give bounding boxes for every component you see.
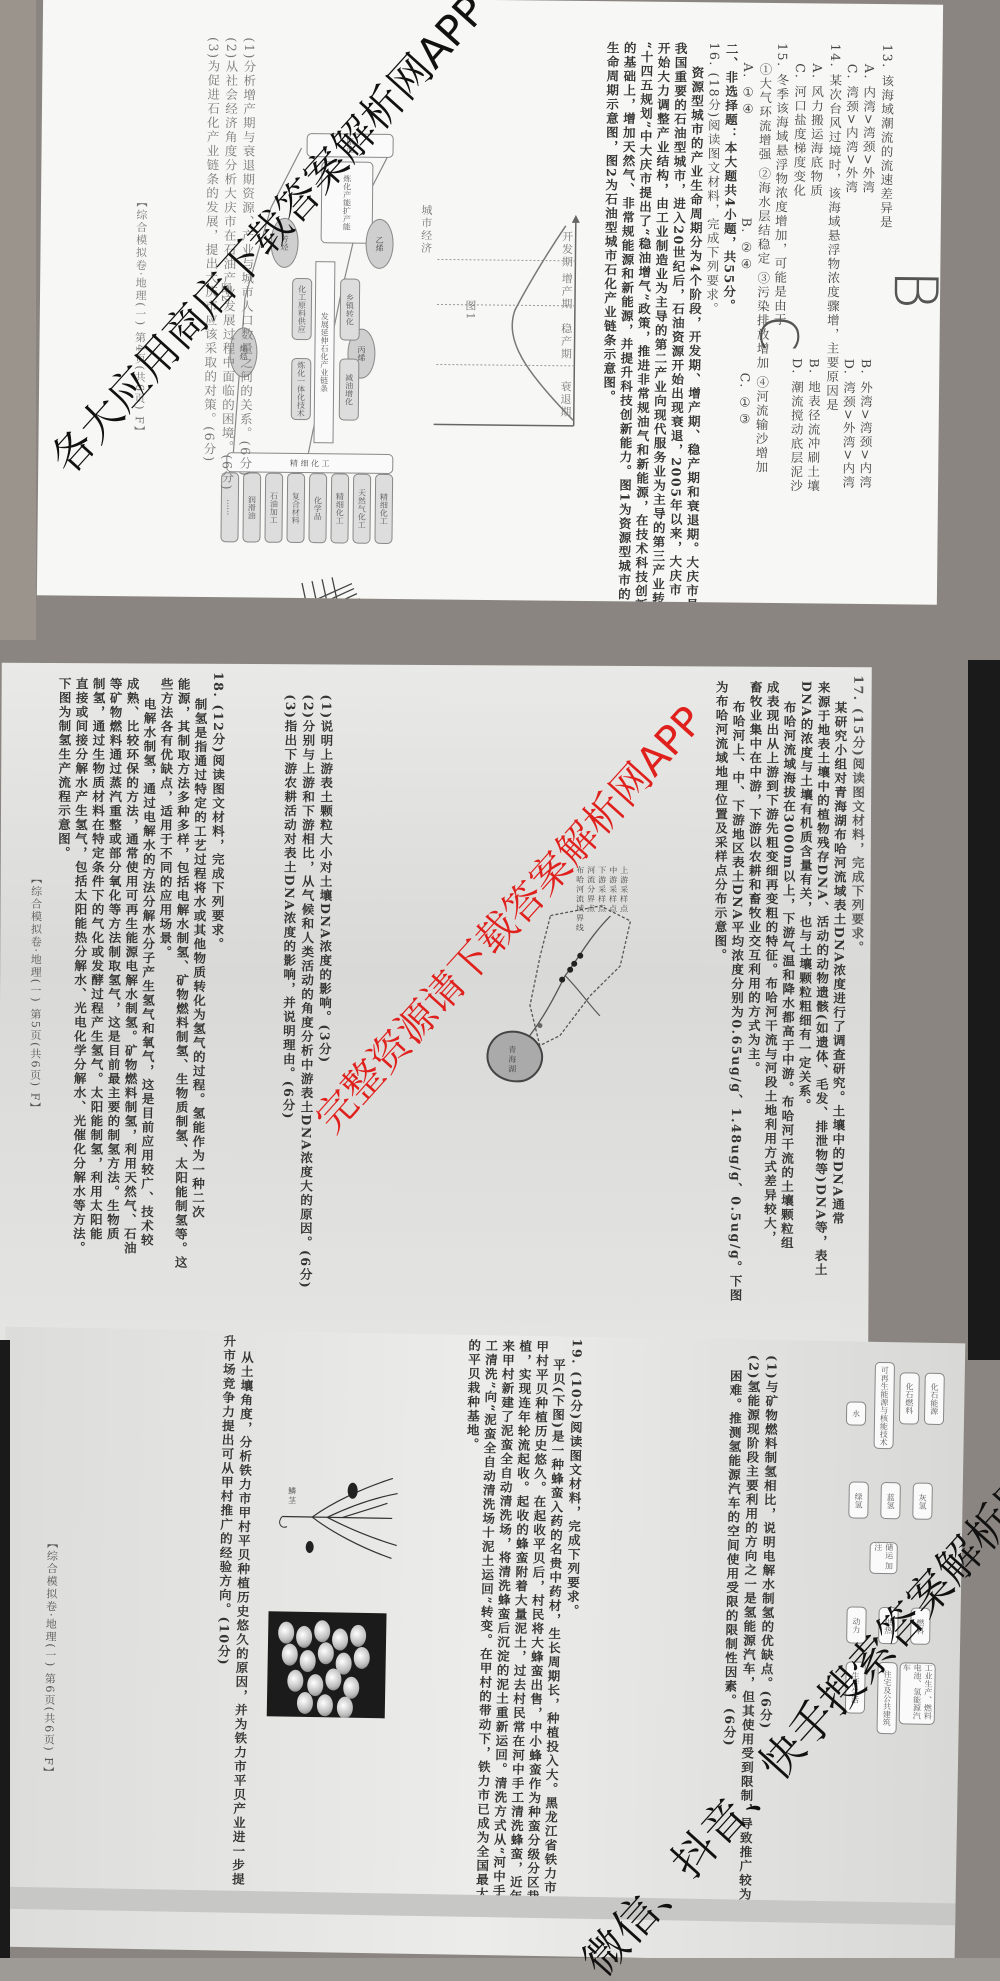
page6-footer: 【综合模拟卷·地理(一) 第6页(共6页) F】	[43, 1537, 58, 1779]
q16-stem: 16. (18分)阅读图文材料，完成下列要求。	[705, 42, 720, 316]
flow-gas-green: 绿氢	[848, 1481, 869, 1518]
legend-downstream: 下游采样点	[597, 866, 605, 933]
q17-para-7: 为布哈河流域地理位置及采样点分布示意图。	[713, 680, 727, 962]
fig1-stage-0: 开发期	[561, 231, 572, 269]
q15-option-c: C. ①③	[738, 373, 751, 428]
q18-para-6: 制氢，通过生物质材料在特定条件下的气化或发酵过程产生氢气。太阳能制氢，利用太阳能	[89, 677, 104, 1241]
legend-upstream: 上游采样点	[619, 866, 627, 933]
q18-sub-2-cont: 困难。推测氢能源汽车的空间使用受限的限制性因素。(6分)	[722, 1369, 741, 1747]
fig2-product-2: 精细化工	[330, 473, 349, 543]
q18-para-8: 下图为制氢生产流程示意图。	[57, 677, 70, 860]
fig2-product-0: 精细化工	[374, 474, 393, 544]
legend-boundary-point: 河流分界点	[586, 866, 594, 933]
fig2-side-box-3: 炼化一体化技术	[291, 358, 312, 420]
q14-option-d: D. 潮流搅动底层泥沙	[789, 358, 803, 493]
q15-option-a: A. ①④	[741, 63, 754, 118]
flow-left-box-1: 化石燃料	[899, 1372, 920, 1424]
q14-stem: 14. 某次台风过境时，该海域悬浮物浓度骤增，主要原因是	[825, 44, 841, 413]
q13-option-d: D. 湾颈>外湾>内湾	[841, 359, 855, 490]
fig1-stage-1: 增产期	[561, 273, 572, 311]
q17-sub-3: (3)指出下游农耕活动对表土DNA浓度的影响，并说明理由。(6分)	[281, 694, 296, 1120]
q17-para-1: 来源于地表土壤中的植物残存DNA、活动的动物遗骸(如遗体、毛发、排泄物等)DNA…	[814, 681, 830, 1277]
pencil-scribble	[282, 573, 363, 605]
q14-option-b: B. 地表径流冲刷土壤	[806, 358, 820, 493]
pingbei-bulbs-photo	[267, 1611, 387, 1718]
q17-stem: 17. (15分)阅读图文材料，完成下列要求。	[850, 675, 864, 955]
flow-end-0: 工业生产、燃料电池、氢能源汽车	[899, 1662, 936, 1725]
q17-para-2: DNA的浓度与土壤有机质含量有关，也与土壤颗粒粗细有一定关系。	[797, 681, 812, 1113]
q17-sub-1: (1)说明上游表土颗粒大小对土壤DNA浓度的影响。(3分)	[318, 694, 332, 1063]
fig1-y-axis-label: 城市经济	[420, 204, 432, 255]
flow-center-storage: 储运 加注	[869, 1542, 898, 1574]
fig2-side-box-2: 化工原料供应	[292, 278, 313, 340]
flow-left-box-2: 可再生能源与核能技术	[873, 1362, 895, 1449]
q17-sub-2: (2)分别与上游和下游相比，从气候和人类活动的角度分析中游表土DNA浓度大的原因…	[299, 694, 315, 1289]
q14-option-c: C. 河口盐度梯度变化	[792, 63, 806, 198]
q15-option-b: B. ②④	[739, 218, 752, 273]
fig2-product-3: 化学品	[308, 473, 327, 543]
fig1-caption: 图1	[465, 300, 476, 321]
page5-footer: 【综合模拟卷·地理(一) 第5页(共6页) F】	[29, 873, 41, 1115]
handwritten-answer-13: B	[880, 269, 944, 309]
dark-edge-right-mid	[968, 660, 1000, 1360]
q17-para-0: 某研究小组对青海湖布哈河流域表土DNA浓度进行了调查研究。土壤中的DNA通常	[831, 701, 846, 1226]
flow-gas-blue: 蓝氢	[880, 1482, 901, 1519]
dark-edge-bottom	[0, 1958, 1000, 1981]
exam-page-6: 化石能源 化石燃料 可再生能源与核能技术 水 灰氢 蓝氢 绿氢 储运 加注 燃料…	[0, 1327, 965, 1964]
q13-option-a: A. 内湾>湾颈>外湾	[861, 64, 875, 195]
plant-illustration	[271, 1471, 403, 1563]
fig2-product-6: 润滑油	[242, 472, 261, 542]
q19-para-5: 的平贝栽种基地。	[465, 1339, 479, 1452]
q15-stem: 15. 冬季该海域悬浮物浓度增加，可能是由于	[773, 43, 788, 327]
q18-stem: 18. (12分)阅读图文材料，完成下列要求。	[210, 672, 224, 952]
fig2-product-list: 精细化工 天然气化工 精细化工 化学品 复合材料 石油加工 润滑油 ……	[227, 472, 393, 544]
map-legend: 上游采样点 中游采样点 下游采样点 河流分界点 布哈河流域界线	[575, 866, 627, 933]
q18-para-7: 直接或间接分解水产生氢气，包括太阳能热分解水、光电化学分解水、光催化分解水等方法…	[72, 677, 88, 1255]
section-2-heading: 二、非选择题：本大题共4小题，共55分。	[722, 42, 737, 313]
q17-para-5: 畜牧业集中在中游，下游以农耕和畜牧业交互利用的方式为主。	[747, 681, 762, 1076]
fig2-product-1: 天然气化工	[352, 474, 371, 544]
fig1-stage-2: 稳产期	[560, 323, 571, 361]
legend-midstream: 中游采样点	[608, 866, 616, 933]
fig2-arrow: 发展延伸石化产业链条	[313, 261, 335, 443]
q19-stem: 19. (10分)阅读图文材料，完成下列要求。	[565, 1339, 582, 1619]
q13-stem: 13. 该海域潮流的流速差异是	[879, 44, 893, 229]
fig2-side-box-0: 乡镇转化	[340, 278, 361, 340]
fig1-stage-3: 衰退期	[560, 381, 571, 419]
q18-para-2: 些方法各有优缺点，适用于不同的应用场景。	[158, 678, 172, 960]
q18-para-0: 制氢是指通过特定的工艺过程将水或其他物质转化为氢气的过程。氢能作为一种二次	[191, 698, 206, 1220]
fig2-product-5: 石油加工	[264, 473, 283, 543]
fig2-product-4: 复合材料	[286, 473, 305, 543]
map-lake-label: 青海湖	[508, 1045, 516, 1074]
q18-para-1: 能源，其制取方法多种多样，包括电解水制氢、矿物燃料制氢、生物质制氢、太阳能制氢等…	[174, 678, 190, 1270]
flow-water-box: 水	[846, 1401, 866, 1425]
fig2-side-box-1: 减油增化	[339, 358, 360, 420]
q13-option-c: C. 湾颈>内湾>外湾	[844, 64, 858, 195]
q15-options-line: ①大气环流增强 ②海水层结稳定 ③污染排放增加 ④河流输沙增加	[754, 63, 771, 475]
q14-option-a: A. 风力搬运海底物质	[809, 63, 823, 198]
dark-edge-left-bottom	[0, 1340, 10, 1980]
flow-left-box-0: 化石能源	[924, 1373, 945, 1425]
q17-para-6: 布哈河上、中、下游地区表土DNA平均浓度分别为0.65ug/g、1.48ug/g…	[728, 701, 744, 1303]
plant-bulb-label: 鳞茎	[287, 1487, 295, 1506]
q13-option-b: B. 外湾>湾颈>内湾	[858, 359, 872, 490]
q18-para-3: 电解水制氢，通过电解水的方法分解水分子产生氢气和氧气，这是目前应用较广、技术较	[140, 697, 155, 1247]
q17-para-3: 布哈河流域海拔在3000m以上，下游气温和降水都高于中游。布哈河干流的土壤颗粒组	[780, 701, 795, 1251]
q16-para-5: 生命周期示意图，图2为石油型城市石化产业链条示意图。	[602, 41, 618, 404]
figure-1-lifecycle-chart: 开发期 增产期 稳产期 衰退期 城市经济 图1	[424, 199, 586, 431]
q18-para-5: 等矿物燃料通过蒸汽重整或部分氧化等方法制取氢气，这是目前最主要的制氢方法。生物质	[106, 677, 121, 1241]
dark-edge-left-top	[0, 0, 36, 640]
flow-gas-grey: 灰氢	[912, 1483, 933, 1520]
q17-para-4: 成表现出从上游到下游先粗变细再变粗的特征。布哈河干流与河段土地利用方式差异较大，	[763, 681, 778, 1245]
q19-sub-1: 升市场竞争力提出可从甲村推广的经验方向。(10分)	[217, 1334, 235, 1666]
q18-para-4: 成熟、比较环保的方法，通常使用可再生能源电解水制氢。矿物燃料制氢，利用天然气、石…	[123, 677, 139, 1255]
